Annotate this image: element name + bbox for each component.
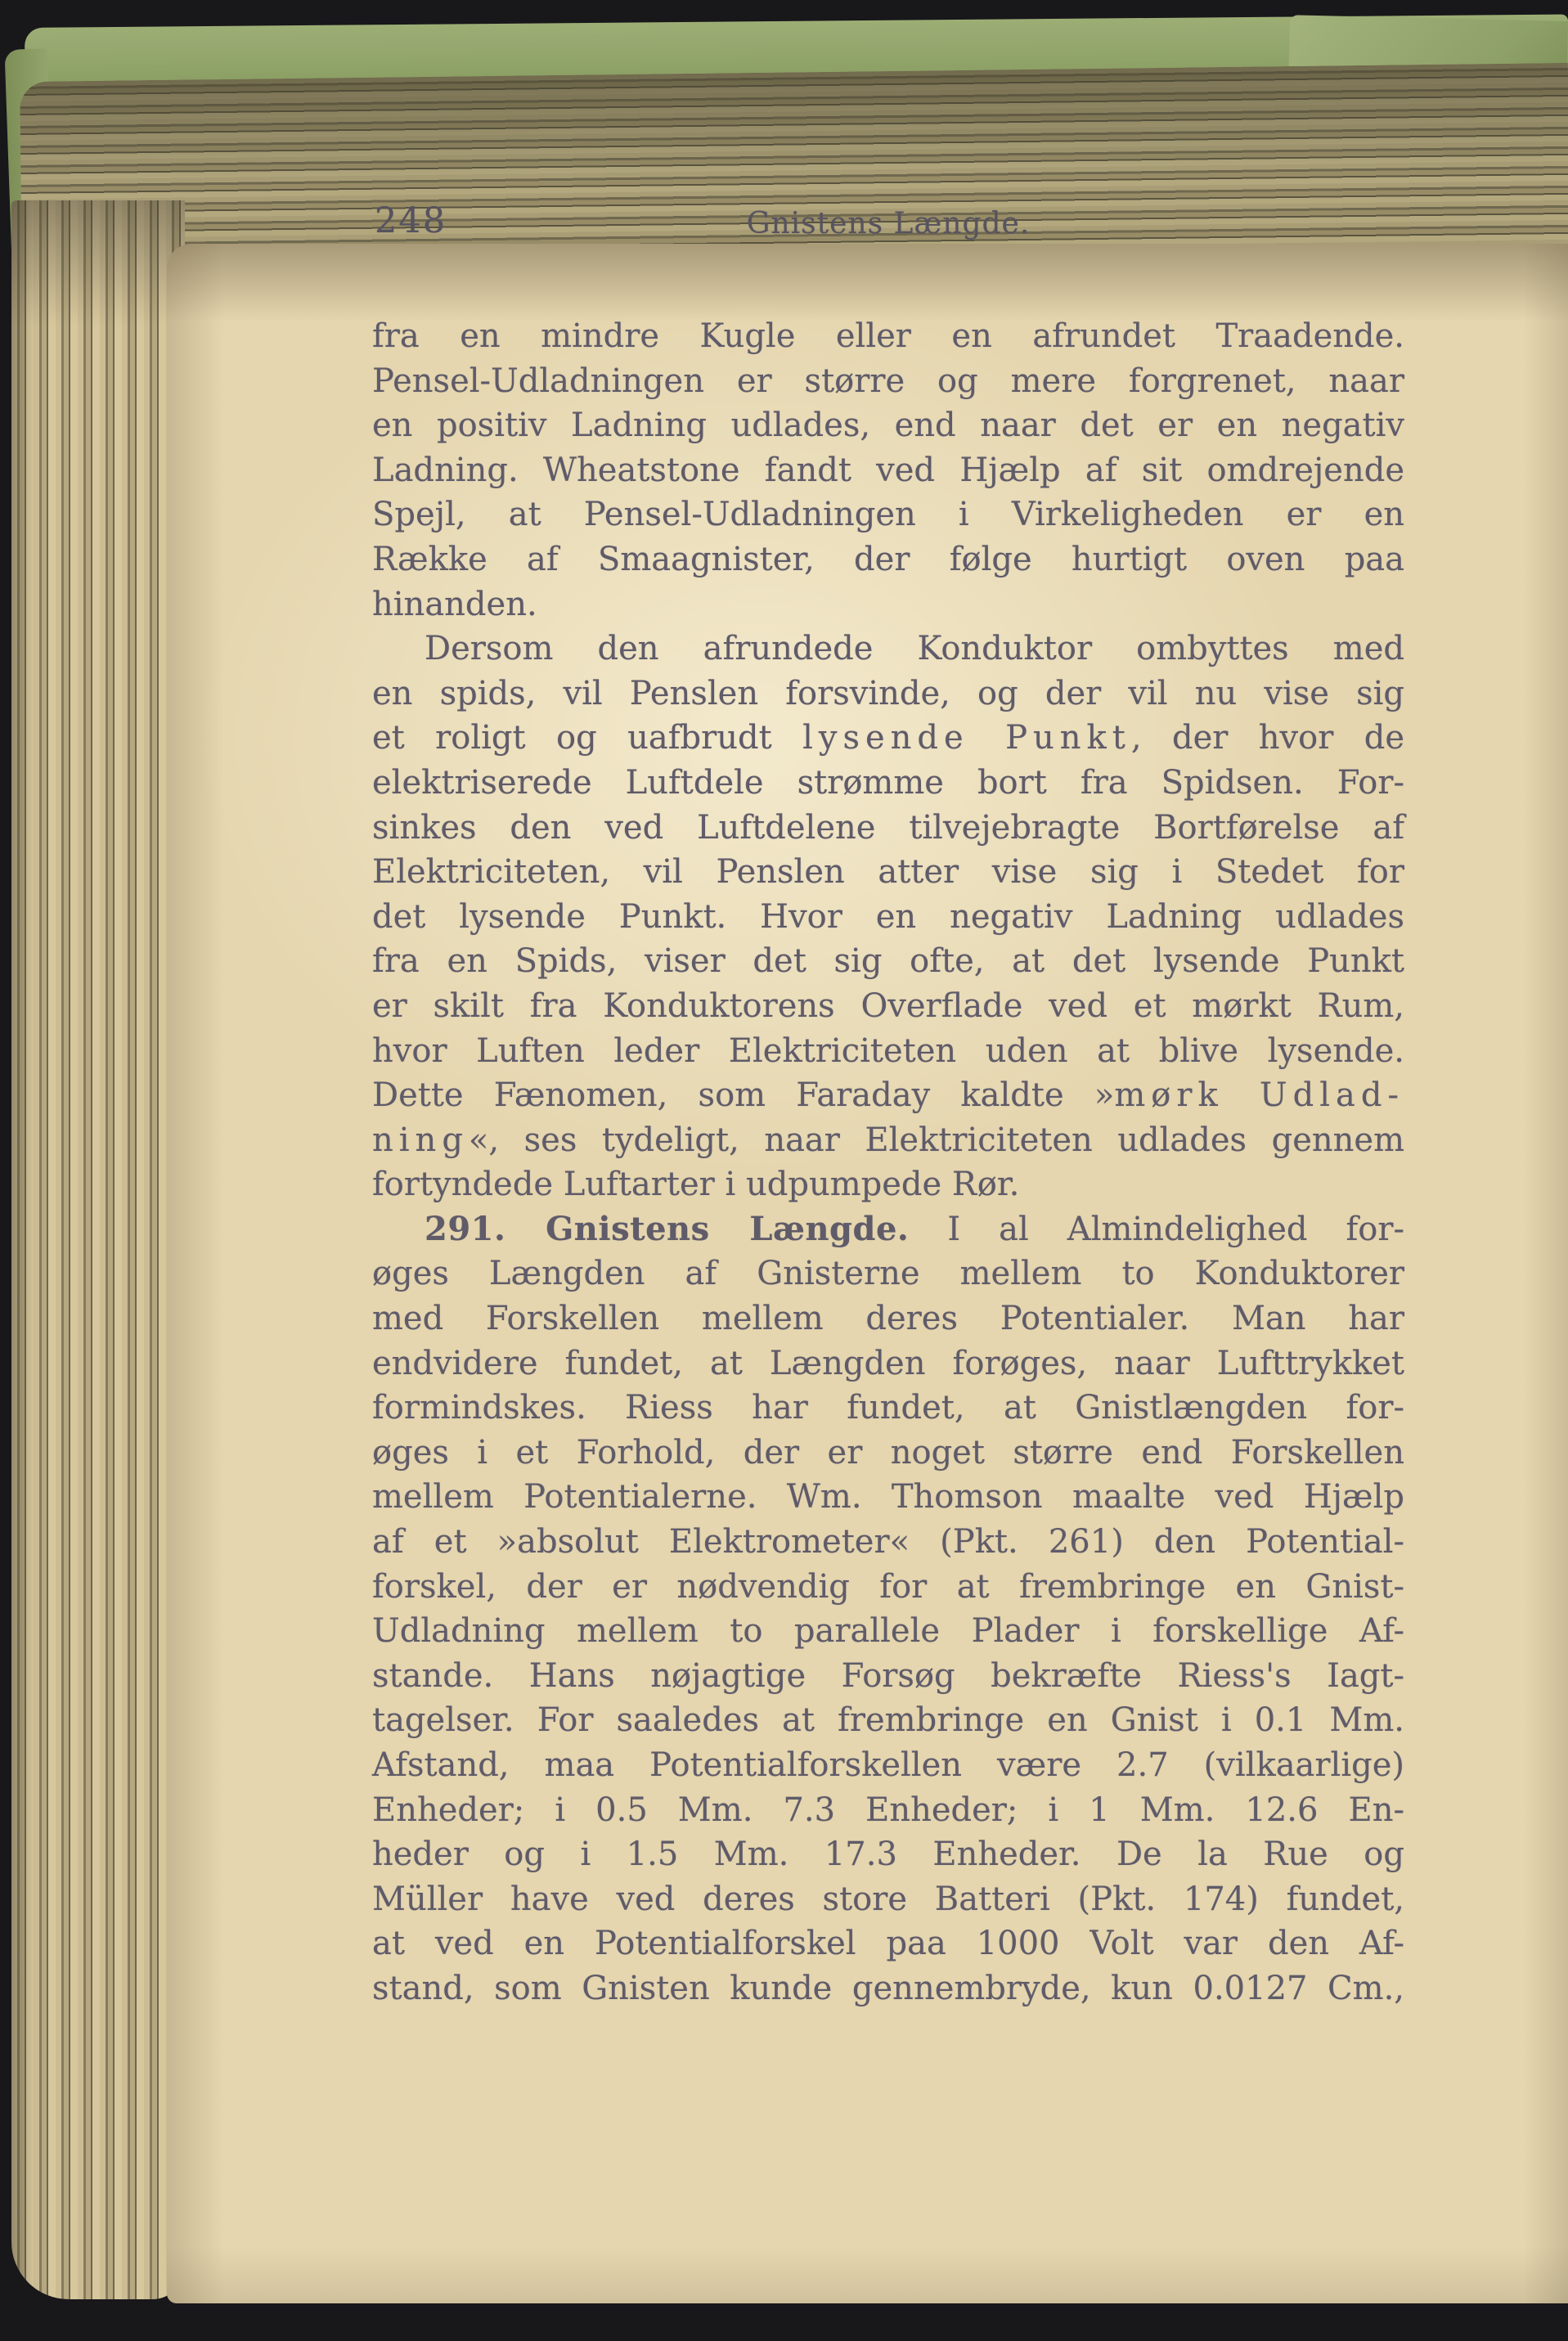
text-line: Afstand, maa Potentialforskellen være 2.… bbox=[372, 1743, 1404, 1788]
text-line: elektriserede Luftdele strømme bort fra … bbox=[372, 761, 1404, 806]
text-line: at ved en Potentialforskel paa 1000 Volt… bbox=[372, 1921, 1404, 1966]
page-stack-left-edges bbox=[11, 200, 185, 2299]
text-block: fra en mindre Kugle eller en afrundet Tr… bbox=[372, 314, 1404, 2011]
text-line: endvidere fundet, at Længden forøges, na… bbox=[372, 1341, 1404, 1386]
text-line: fra en mindre Kugle eller en afrundet Tr… bbox=[372, 314, 1404, 359]
text-line: mellem Potentialerne. Wm. Thomson maalte… bbox=[372, 1475, 1404, 1520]
text-line: Dersom den afrundede Konduktor ombyttes … bbox=[372, 627, 1404, 672]
text-line: øges Længden af Gnisterne mellem to Kond… bbox=[372, 1251, 1404, 1296]
running-head: Gnistens Længde. bbox=[372, 207, 1404, 240]
text-line: øges i et Forhold, der er noget større e… bbox=[372, 1431, 1404, 1476]
text-line: ning«, ses tydeligt, naar Elektriciteten… bbox=[372, 1118, 1404, 1163]
text-line: 291. Gnistens Længde. I al Almindelighed… bbox=[372, 1207, 1404, 1252]
text-line: af et »absolut Elektrometer« (Pkt. 261) … bbox=[372, 1520, 1404, 1565]
text-line: er skilt fra Konduktorens Overflade ved … bbox=[372, 984, 1404, 1029]
text-line: fra en Spids, viser det sig ofte, at det… bbox=[372, 939, 1404, 984]
text-line: heder og i 1.5 Mm. 17.3 Enheder. De la R… bbox=[372, 1832, 1404, 1877]
text-line: forskel, der er nødvendig for at frembri… bbox=[372, 1565, 1404, 1610]
text-line: tagelser. For saaledes at frembringe en … bbox=[372, 1698, 1404, 1743]
text-line: Dette Fænomen, som Faraday kaldte »mørk … bbox=[372, 1073, 1404, 1118]
text-line: fortyndede Luftarter i udpumpede Rør. bbox=[372, 1162, 1404, 1207]
text-line: et roligt og uafbrudt lysende Punkt, der… bbox=[372, 716, 1404, 761]
text-line: Pensel-Udladningen er større og mere for… bbox=[372, 359, 1404, 404]
book-photo: { "scene": { "background_color": "#18171… bbox=[0, 0, 1568, 2341]
text-line: stand, som Gnisten kunde gennembryde, ku… bbox=[372, 1966, 1404, 2011]
text-line: Udladning mellem to parallele Plader i f… bbox=[372, 1609, 1404, 1654]
text-line: Spejl, at Pensel-Udladningen i Virkeligh… bbox=[372, 492, 1404, 537]
text-line: Müller have ved deres store Batteri (Pkt… bbox=[372, 1877, 1404, 1922]
text-line: Enheder; i 0.5 Mm. 7.3 Enheder; i 1 Mm. … bbox=[372, 1788, 1404, 1833]
text-line: Række af Smaagnister, der følge hurtigt … bbox=[372, 537, 1404, 582]
text-line: Ladning. Wheatstone fandt ved Hjælp af s… bbox=[372, 448, 1404, 493]
text-line: en positiv Ladning udlades, end naar det… bbox=[372, 403, 1404, 448]
text-line: med Forskellen mellem deres Potentialer.… bbox=[372, 1296, 1404, 1341]
text-line: formindskes. Riess har fundet, at Gnistl… bbox=[372, 1386, 1404, 1431]
text-line: sinkes den ved Luftdelene tilvejebragte … bbox=[372, 806, 1404, 851]
text-line: hinanden. bbox=[372, 582, 1404, 627]
text-line: Elektriciteten, vil Penslen atter vise s… bbox=[372, 850, 1404, 895]
text-line: hvor Luften leder Elektriciteten uden at… bbox=[372, 1029, 1404, 1074]
text-line: det lysende Punkt. Hvor en negativ Ladni… bbox=[372, 895, 1404, 940]
text-line: en spids, vil Penslen forsvinde, og der … bbox=[372, 672, 1404, 717]
text-line: stande. Hans nøjagtige Forsøg bekræfte R… bbox=[372, 1654, 1404, 1699]
